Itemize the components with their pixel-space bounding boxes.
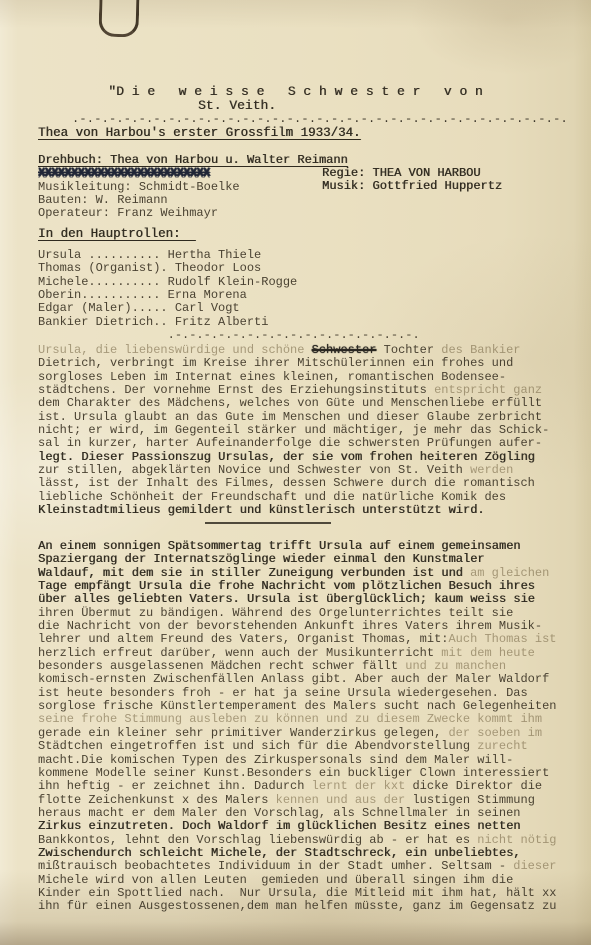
text-line: ist heute besonders froh - er hat ja sei…	[38, 687, 584, 700]
text-line: Kleinstadtmilieus gemildert und künstler…	[38, 504, 578, 517]
text-line: Bankkontos, lehnt den Vorschlag liebensw…	[38, 834, 584, 847]
text-line: Städtchen eingetroffen ist und sich für …	[38, 740, 584, 753]
text-line: herzlich erfreut darüber, wenn auch der …	[38, 647, 584, 660]
cast-row: Ursula .......... Hertha Thiele	[38, 249, 420, 262]
text-line: Dietrich, verbringt im Kreise ihrer Mits…	[38, 357, 578, 370]
text-line: Spaziergang der Internatszöglinge wieder…	[38, 553, 584, 566]
film-title-line2: St. Veith.	[198, 98, 276, 113]
text-line: An einem sonnigen Spätsommertag trifft U…	[38, 540, 584, 553]
synopsis-paragraph-1: Ursula, die liebenswürdige und schöne Sc…	[38, 344, 578, 517]
dotted-rule-top: .-.-.-.-.-.-.-.-.-.-.-.-.-.-.-.-.-.-.-.-…	[72, 112, 568, 126]
text-line: lässt, ist der Inhalt des Filmes, dessen…	[38, 477, 578, 490]
synopsis-paragraph-2: An einem sonnigen Spätsommertag trifft U…	[38, 540, 584, 914]
text-line: Waldauf, mit dem sie in stiller Zuneigun…	[38, 567, 584, 580]
text-line: ihn heftig - er zeichnet ihn. Dadurch le…	[38, 780, 584, 793]
text-line: sorglose frische Künstlertemperament des…	[38, 700, 584, 713]
text-line: besonders ausgelassenen Mädchen recht sc…	[38, 660, 584, 673]
text-line: Michele wird von allen Leuten gemieden u…	[38, 874, 584, 887]
credits-right-block: Regie: THEA VON HARBOUMusik: Gottfried H…	[322, 167, 502, 194]
typewritten-page: "D i e w e i s s e S c h w e s t e r v o…	[0, 0, 591, 945]
text-line: Ursula, die liebenswürdige und schöne Sc…	[38, 344, 578, 357]
text-line: mißtrauisch beobachtetes Individuum in d…	[38, 860, 584, 873]
cast-row: Thomas (Organist). Theodor Loos	[38, 262, 420, 275]
credit-line: Bauten: W. Reimann	[38, 194, 348, 207]
cast-row: Oberin........... Erna Morena	[38, 289, 420, 302]
cast-list: Ursula .......... Hertha ThieleThomas (O…	[38, 249, 420, 342]
text-line: macht.Die komischen Typen des Zirkuspers…	[38, 754, 584, 767]
subtitle-grossfilm: Thea von Harbou's erster Grossfilm 1933/…	[38, 126, 361, 140]
text-line: lehrer und altem Freund des Vaters, Orga…	[38, 633, 584, 646]
text-line: seine frohe Stimmung ausleben zu können …	[38, 713, 584, 726]
text-line: Zirkus einzutreten. Doch Waldorf im glüc…	[38, 820, 584, 833]
text-line: Tage empfängt Ursula die frohe Nachricht…	[38, 580, 584, 593]
cast-row: .-.-.-.-.-.-.-.-.-.-.-.-.-.-.-.-.-.	[38, 329, 420, 342]
text-line: zur stillen, abgeklärten Novice und Schw…	[38, 464, 578, 477]
text-line: sal in kurzer, harter Aufeinanderfolge d…	[38, 437, 578, 450]
cast-row: Michele.......... Rudolf Klein-Rogge	[38, 276, 420, 289]
text-line: flotte Zeichenkunst x des Malers kennen …	[38, 794, 584, 807]
text-line: legt. Dieser Passionszug Ursulas, der si…	[38, 451, 578, 464]
cast-header: In den Hauptrollen:	[38, 227, 196, 241]
text-line: dem Charakter des Mädchens, welches von …	[38, 397, 578, 410]
credit-line: Musik: Gottfried Huppertz	[322, 180, 502, 193]
credit-line: XXXXXXXXXXXXXXXXXXXXXXXXXX	[38, 167, 348, 180]
cast-row: Bankier Dietrich.. Fritz Alberti	[38, 316, 420, 329]
credit-line: Regie: THEA VON HARBOU	[322, 167, 502, 180]
text-line: ihren Übermut zu bändigen. Während des O…	[38, 607, 584, 620]
text-line: die Nachricht von der bevorstehenden Ank…	[38, 620, 584, 633]
paperclip-mark	[98, 0, 139, 38]
cast-row: Edgar (Maler)..... Carl Vogt	[38, 302, 420, 315]
text-line: ihn für einen Ausgestossenen,dem man hel…	[38, 900, 584, 913]
text-line: nicht; er wird, im Gegenteil stärker und…	[38, 424, 578, 437]
text-line: liebliche Schönheit der Freundschaft und…	[38, 491, 578, 504]
credit-line: Drehbuch: Thea von Harbou u. Walter Reim…	[38, 154, 348, 167]
text-line: über alles geliebten Vaters. Ursula ist …	[38, 593, 584, 606]
credit-line: Operateur: Franz Weihmayr	[38, 207, 348, 220]
credit-line: Musikleitung: Schmidt-Boelke	[38, 181, 348, 194]
text-line: heraus macht er dem Maler den Vorschlag,…	[38, 807, 584, 820]
text-line: ist. Ursula glaubt an das Gute im Mensch…	[38, 411, 578, 424]
text-line: sorgloses Leben im Internat eines kleine…	[38, 371, 578, 384]
text-line: Kinder ein Spottlied nach. Nur Ursula, d…	[38, 887, 584, 900]
credits-left-block: Drehbuch: Thea von Harbou u. Walter Reim…	[38, 154, 348, 221]
section-divider-rule	[205, 522, 331, 524]
film-title-line1: "D i e w e i s s e S c h w e s t e r v o…	[0, 84, 591, 99]
text-line: städtchens. Der vornehme Ernst des Erzie…	[38, 384, 578, 397]
text-line: gerade ein kleiner sehr primitiver Wande…	[38, 727, 584, 740]
text-line: kommene Modelle seiner Kunst.Besonders e…	[38, 767, 584, 780]
text-line: komisch-ernsten Zwischenfällen Anlass gi…	[38, 673, 584, 686]
text-line: Zwischendurch schleicht Michele, der Sta…	[38, 847, 584, 860]
